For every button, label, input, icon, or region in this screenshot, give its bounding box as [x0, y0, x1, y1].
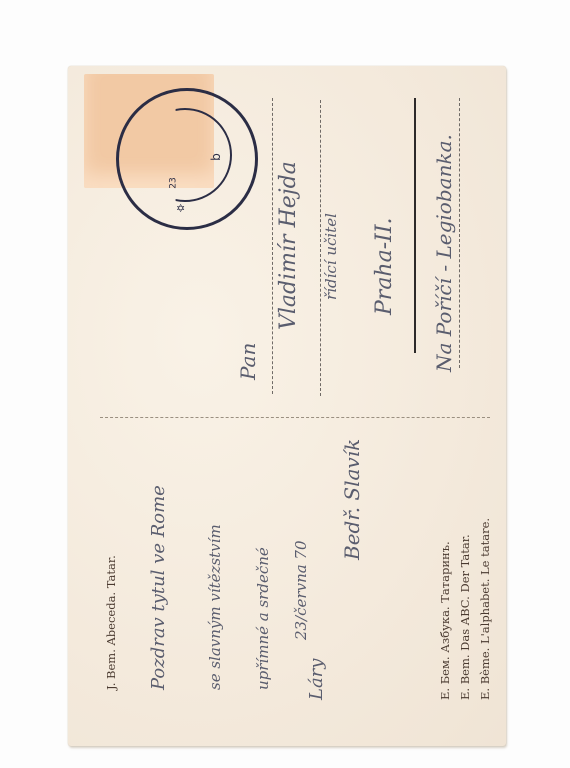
address-street: Na Poříčí - Legiobanka. — [432, 134, 456, 372]
address-line-1 — [272, 98, 273, 394]
printed-title: J. Bem. Abeceda. Tatar. — [104, 555, 118, 690]
message-line-3: upřímné a srdečné — [254, 547, 272, 690]
address-city: Praha-II. — [372, 217, 397, 315]
message-line-1: Pozdrav tytul ve Rome — [148, 485, 169, 690]
caption-russian: E. Бем. Азбука. Татаринъ. — [438, 541, 452, 700]
address-name: Vladimír Hejda — [276, 161, 301, 330]
caption-german: E. Bem. Das ABC. Der Tatar. — [458, 534, 472, 700]
message-signature: Bedř. Slavík — [340, 439, 364, 560]
address-line-4 — [459, 98, 460, 368]
caption-french: E. Bème. L'alphabet. Le tatare. — [478, 518, 492, 700]
message-date: 23/června 70 — [292, 540, 310, 640]
address-title: řídící učitel — [322, 213, 340, 300]
message-line-4: Láry — [306, 659, 327, 700]
postmark-letter: b — [209, 153, 223, 161]
message-line-2: se slavným vítězstvím — [206, 524, 224, 690]
card-divider — [100, 417, 490, 418]
address-salutation: Pan — [236, 343, 260, 380]
address-line-2 — [320, 100, 321, 396]
address-underline — [414, 98, 416, 353]
postmark-star-icon: ✡ — [176, 202, 185, 215]
postmark-date: 23 — [169, 177, 179, 188]
